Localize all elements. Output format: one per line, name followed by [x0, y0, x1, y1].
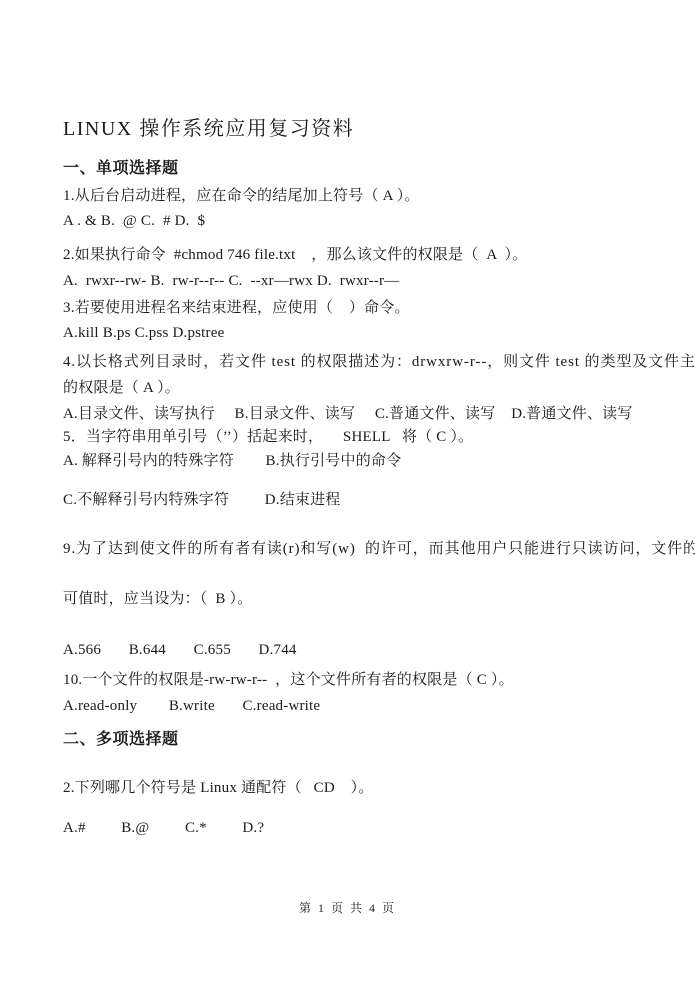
mc-q2-options: A.# B.@ C.* D.? — [63, 819, 264, 837]
mc-q2-stem: 2.下列哪几个符号是 Linux 通配符（ CD ）。 — [63, 779, 374, 797]
sc-q5-options-cd: C.不解释引号内特殊字符 D.结束进程 — [63, 491, 341, 509]
sc-q10-stem: 10.一个文件的权限是-rw-rw-r-- ，这个文件所有者的权限是（ C ）。 — [63, 671, 514, 689]
sc-q9-stem-line1: 9.为了达到使文件的所有者有读(r)和写(w) 的许可，而其他用户只能进行只读访… — [63, 540, 695, 558]
page-title: LINUX 操作系统应用复习资料 — [63, 112, 354, 141]
sc-q5-stem: 5．当字符串用单引号（’’）括起来时， SHELL 将（ C ）。 — [63, 428, 473, 446]
sc-q4-options: A.目录文件、读写执行 B.目录文件、读写 C.普通文件、读写 D.普通文件、读… — [63, 405, 633, 423]
sc-q9-stem-line2: 可值时，应当设为：（ B ）。 — [63, 590, 252, 608]
section-heading-single-choice: 一、单项选择题 — [63, 155, 179, 178]
sc-q4-stem-line1: 4.以长格式列目录时，若文件 test 的权限描述为：drwxrw-r--，则文… — [63, 353, 695, 371]
sc-q5-options-ab: A. 解释引号内的特殊字符 B.执行引号中的命令 — [63, 452, 401, 470]
sc-q1-stem: 1.从后台启动进程，应在命令的结尾加上符号（ A ）。 — [63, 187, 420, 205]
sc-q10-options: A.read-only B.write C.read-write — [63, 697, 320, 715]
sc-q1-options: A . & B. @ C. # D. $ — [63, 212, 205, 230]
document-page: LINUX 操作系统应用复习资料 一、单项选择题 1.从后台启动进程，应在命令的… — [0, 0, 695, 982]
sc-q2-stem: 2.如果执行命令 #chmod 746 file.txt ，那么该文件的权限是（… — [63, 246, 527, 264]
sc-q3-options: A.kill B.ps C.pss D.pstree — [63, 324, 224, 342]
page-footer: 第 1 页 共 4 页 — [0, 899, 695, 916]
sc-q2-options: A. rwxr--rw- B. rw-r--r-- C. --xr—rwx D.… — [63, 272, 399, 290]
sc-q4-stem-line2: 的权限是（ A ）。 — [63, 379, 180, 397]
sc-q3-stem: 3.若要使用进程名来结束进程，应使用（ ）命令。 — [63, 299, 410, 317]
section-heading-multi-choice: 二、多项选择题 — [63, 726, 179, 749]
sc-q9-options: A.566 B.644 C.655 D.744 — [63, 641, 297, 659]
